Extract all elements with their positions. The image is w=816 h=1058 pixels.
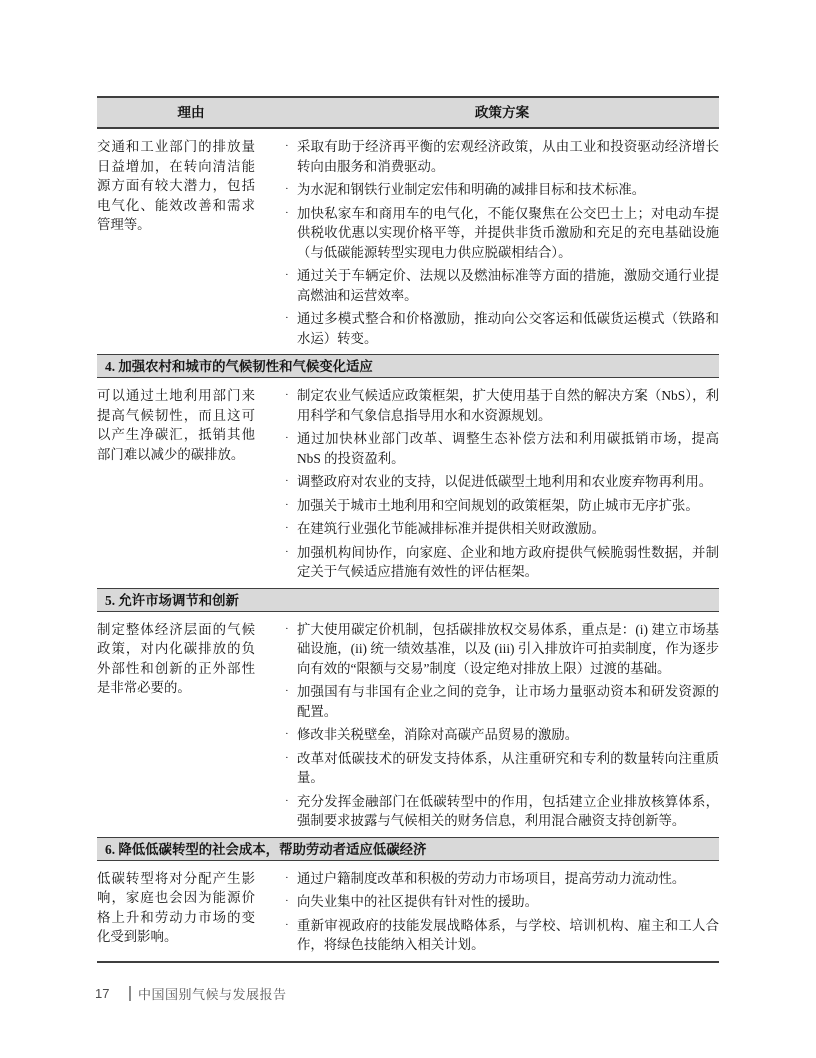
policy-text: 向失业集中的社区提供有针对性的援助。 <box>297 892 719 912</box>
bullet-icon: · <box>285 916 297 955</box>
bullet-icon: · <box>285 792 297 831</box>
reason-cell: 交通和工业部门的排放量日益增加，在转向清洁能源方面有较大潜力，包括电气化、能效改… <box>97 137 255 348</box>
policy-item: · 改革对低碳技术的研发支持体系，从注重研究和专利的数量转向注重质量。 <box>285 749 719 788</box>
policy-item: · 采取有助于经济再平衡的宏观经济政策，从由工业和投资驱动经济增长转向由服务和消… <box>285 137 719 176</box>
policy-cell: · 制定农业气候适应政策框架，扩大使用基于自然的解决方案（NbS），利用科学和气… <box>285 386 719 582</box>
policy-item: · 加强国有与非国有企业之间的竞争，让市场力量驱动资本和研发资源的配置。 <box>285 682 719 721</box>
policy-text: 扩大使用碳定价机制，包括碳排放权交易体系，重点是：(i) 建立市场基础设施，(i… <box>297 620 719 679</box>
policy-text: 加强关于城市土地利用和空间规划的政策框架，防止城市无序扩张。 <box>297 496 719 516</box>
policy-text: 加快私家车和商用车的电气化，不能仅聚焦在公交巴士上；对电动车提供税收优惠以实现价… <box>297 204 719 263</box>
bullet-icon: · <box>285 682 297 721</box>
policy-table: 理由 政策方案 交通和工业部门的排放量日益增加，在转向清洁能源方面有较大潜力，包… <box>97 96 719 963</box>
table-row: 可以通过土地利用部门来提高气候韧性，而且这可以产生净碳汇，抵销其他部门难以减少的… <box>97 378 719 588</box>
policy-item: · 充分发挥金融部门在低碳转型中的作用，包括建立企业排放核算体系，强制要求披露与… <box>285 792 719 831</box>
policy-item: · 向失业集中的社区提供有针对性的援助。 <box>285 892 719 912</box>
policy-item: · 为水泥和钢铁行业制定宏伟和明确的减排目标和技术标准。 <box>285 180 719 200</box>
table-row: 低碳转型将对分配产生影响，家庭也会因为能源价格上升和劳动力市场的变化受到影响。 … <box>97 861 719 961</box>
bullet-icon: · <box>285 204 297 263</box>
bullet-icon: · <box>285 496 297 516</box>
page-number: 17 <box>95 986 109 1001</box>
document-page: 理由 政策方案 交通和工业部门的排放量日益增加，在转向清洁能源方面有较大潜力，包… <box>0 0 816 1058</box>
policy-text: 加强国有与非国有企业之间的竞争，让市场力量驱动资本和研发资源的配置。 <box>297 682 719 721</box>
bullet-icon: · <box>285 869 297 889</box>
policy-item: · 在建筑行业强化节能减排标准并提供相关财政激励。 <box>285 519 719 539</box>
reason-cell: 可以通过土地利用部门来提高气候韧性，而且这可以产生净碳汇，抵销其他部门难以减少的… <box>97 386 255 582</box>
policy-text: 加强机构间协作，向家庭、企业和地方政府提供气候脆弱性数据，并制定关于气候适应措施… <box>297 543 719 582</box>
table-row: 制定整体经济层面的气候政策，对内化碳排放的负外部性和创新的正外部性是非常必要的。… <box>97 612 719 837</box>
policy-item: · 通过关于车辆定价、法规以及燃油标准等方面的措施，激励交通行业提高燃油和运营效… <box>285 266 719 305</box>
table-header-row: 理由 政策方案 <box>97 96 719 129</box>
bullet-icon: · <box>285 892 297 912</box>
policy-text: 修改非关税壁垒，消除对高碳产品贸易的激励。 <box>297 725 719 745</box>
bullet-icon: · <box>285 620 297 679</box>
policy-item: · 加强关于城市土地利用和空间规划的政策框架，防止城市无序扩张。 <box>285 496 719 516</box>
footer-divider <box>129 986 131 1001</box>
bullet-icon: · <box>285 309 297 348</box>
policy-item: · 调整政府对农业的支持，以促进低碳型土地利用和农业废弃物再利用。 <box>285 472 719 492</box>
policy-item: · 修改非关税壁垒，消除对高碳产品贸易的激励。 <box>285 725 719 745</box>
policy-text: 制定农业气候适应政策框架，扩大使用基于自然的解决方案（NbS），利用科学和气象信… <box>297 386 719 425</box>
bullet-icon: · <box>285 519 297 539</box>
reason-cell: 低碳转型将对分配产生影响，家庭也会因为能源价格上升和劳动力市场的变化受到影响。 <box>97 869 255 955</box>
table-body: 交通和工业部门的排放量日益增加，在转向清洁能源方面有较大潜力，包括电气化、能效改… <box>97 129 719 961</box>
section-header: 5. 允许市场调节和创新 <box>97 588 719 612</box>
bullet-icon: · <box>285 386 297 425</box>
bullet-icon: · <box>285 429 297 468</box>
report-title: 中国国别气候与发展报告 <box>138 984 287 1003</box>
policy-text: 重新审视政府的技能发展战略体系，与学校、培训机构、雇主和工人合作，将绿色技能纳入… <box>297 916 719 955</box>
policy-text: 通过关于车辆定价、法规以及燃油标准等方面的措施，激励交通行业提高燃油和运营效率。 <box>297 266 719 305</box>
policy-text: 通过多模式整合和价格激励，推动向公交客运和低碳货运模式（铁路和水运）转变。 <box>297 309 719 348</box>
reason-cell: 制定整体经济层面的气候政策，对内化碳排放的负外部性和创新的正外部性是非常必要的。 <box>97 620 255 831</box>
policy-text: 充分发挥金融部门在低碳转型中的作用，包括建立企业排放核算体系，强制要求披露与气候… <box>297 792 719 831</box>
page-footer: 17 中国国别气候与发展报告 <box>95 984 286 1002</box>
column-header-policy: 政策方案 <box>285 98 719 127</box>
bullet-icon: · <box>285 472 297 492</box>
table-row: 交通和工业部门的排放量日益增加，在转向清洁能源方面有较大潜力，包括电气化、能效改… <box>97 129 719 354</box>
policy-cell: · 采取有助于经济再平衡的宏观经济政策，从由工业和投资驱动经济增长转向由服务和消… <box>285 137 719 348</box>
policy-text: 通过户籍制度改革和积极的劳动力市场项目，提高劳动力流动性。 <box>297 869 719 889</box>
policy-cell: · 扩大使用碳定价机制，包括碳排放权交易体系，重点是：(i) 建立市场基础设施，… <box>285 620 719 831</box>
policy-text: 通过加快林业部门改革、调整生态补偿方法和利用碳抵销市场，提高 NbS 的投资盈利… <box>297 429 719 468</box>
section-header: 6. 降低低碳转型的社会成本，帮助劳动者适应低碳经济 <box>97 837 719 861</box>
policy-cell: · 通过户籍制度改革和积极的劳动力市场项目，提高劳动力流动性。 · 向失业集中的… <box>285 869 719 955</box>
policy-text: 调整政府对农业的支持，以促进低碳型土地利用和农业废弃物再利用。 <box>297 472 719 492</box>
column-header-reason: 理由 <box>97 98 285 127</box>
policy-item: · 通过户籍制度改革和积极的劳动力市场项目，提高劳动力流动性。 <box>285 869 719 889</box>
policy-item: · 重新审视政府的技能发展战略体系，与学校、培训机构、雇主和工人合作，将绿色技能… <box>285 916 719 955</box>
policy-item: · 制定农业气候适应政策框架，扩大使用基于自然的解决方案（NbS），利用科学和气… <box>285 386 719 425</box>
policy-text: 为水泥和钢铁行业制定宏伟和明确的减排目标和技术标准。 <box>297 180 719 200</box>
policy-text: 在建筑行业强化节能减排标准并提供相关财政激励。 <box>297 519 719 539</box>
policy-text: 采取有助于经济再平衡的宏观经济政策，从由工业和投资驱动经济增长转向由服务和消费驱… <box>297 137 719 176</box>
policy-item: · 通过加快林业部门改革、调整生态补偿方法和利用碳抵销市场，提高 NbS 的投资… <box>285 429 719 468</box>
policy-item: · 扩大使用碳定价机制，包括碳排放权交易体系，重点是：(i) 建立市场基础设施，… <box>285 620 719 679</box>
bullet-icon: · <box>285 725 297 745</box>
policy-text: 改革对低碳技术的研发支持体系，从注重研究和专利的数量转向注重质量。 <box>297 749 719 788</box>
policy-item: · 加快私家车和商用车的电气化，不能仅聚焦在公交巴士上；对电动车提供税收优惠以实… <box>285 204 719 263</box>
policy-item: · 加强机构间协作，向家庭、企业和地方政府提供气候脆弱性数据，并制定关于气候适应… <box>285 543 719 582</box>
bullet-icon: · <box>285 543 297 582</box>
bullet-icon: · <box>285 137 297 176</box>
bullet-icon: · <box>285 749 297 788</box>
bullet-icon: · <box>285 180 297 200</box>
policy-item: · 通过多模式整合和价格激励，推动向公交客运和低碳货运模式（铁路和水运）转变。 <box>285 309 719 348</box>
bullet-icon: · <box>285 266 297 305</box>
section-header: 4. 加强农村和城市的气候韧性和气候变化适应 <box>97 354 719 378</box>
